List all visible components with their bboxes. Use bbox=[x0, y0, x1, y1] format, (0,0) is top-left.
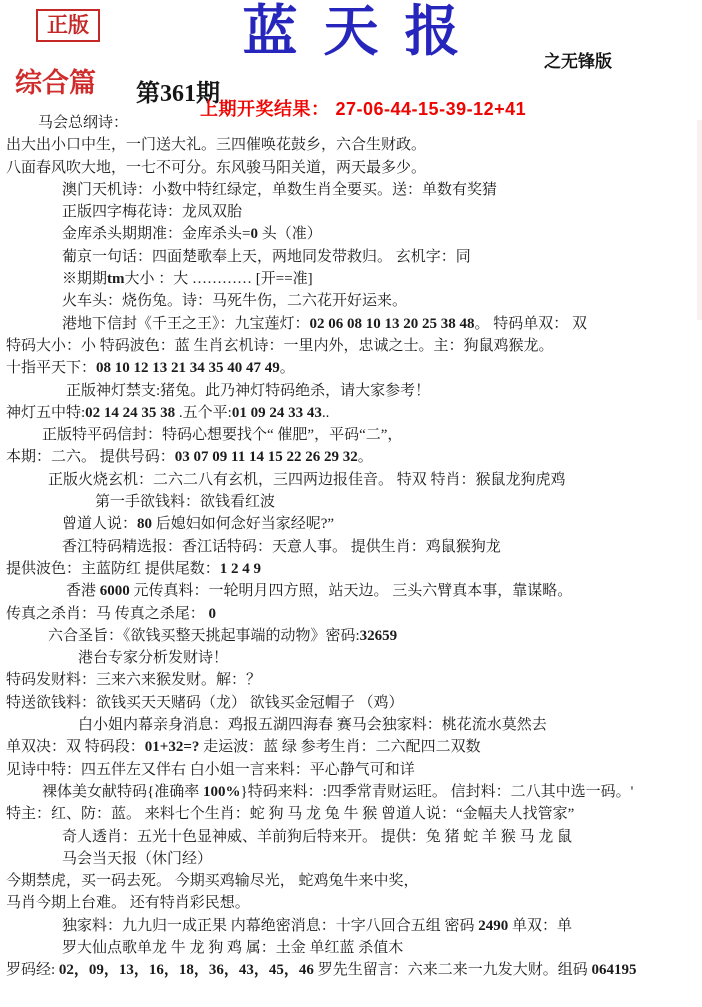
text-line: 特码大小：小 特码波色：蓝 生肖玄机诗：一里内外，忠诚之士。主：狗鼠鸡猴龙。 bbox=[0, 335, 702, 357]
text-segment: 特码发财料：三来六来猴发财。解：？ bbox=[6, 672, 261, 688]
text-line: 澳门天机诗：小数中特红绿定，单数生肖全要买。送：单数有奖猜 bbox=[0, 179, 702, 201]
text-line: 裸体美女献特码{准确率 100%}特码来料：:四季常青财运旺。 信封料：二八其中… bbox=[0, 781, 702, 803]
text-line: 单双决：双 特码段：01+32=? 走运波：蓝 绿 参考生肖：二六配四二双数 bbox=[0, 736, 702, 758]
text-segment: 本期：二六。 提供号码： bbox=[6, 449, 175, 465]
text-segment: 十指平天下： bbox=[6, 360, 96, 376]
text-segment: 提供波色：主蓝防红 提供尾数： bbox=[6, 561, 220, 577]
section-label: 综合篇 bbox=[15, 61, 96, 100]
text-segment: 香江特码精选报：香江话特码：天意人事。 提供生肖：鸡鼠猴狗龙 bbox=[62, 539, 501, 555]
body-text: 马会总纲诗：出大出小口中生，一门送大礼。三四催唤花鼓乡，六合生财政。八面春风吹大… bbox=[0, 112, 702, 982]
text-segment: 裸体美女献特码{准确率 bbox=[42, 784, 203, 800]
text-line: 奇人透肖：五光十色显神威、羊前狗后特来开。 提供：兔 猪 蛇 羊 猴 马 龙 鼠 bbox=[0, 826, 702, 848]
text-line: 第一手欲钱料：欲钱看红波 bbox=[0, 491, 702, 513]
number-segment: 02，09，13，16，18，36，43，45，46 bbox=[59, 962, 314, 978]
number-segment: tm bbox=[107, 271, 125, 287]
text-segment: 今期禁虎，买一码去死。 今期买鸡输尽光， 蛇鸡兔牛来中奖， bbox=[6, 873, 419, 889]
lottery-tip-sheet-page: 正版 蓝天报 之无锋版 综合篇 第361期 上期开奖结果：27-06-44-15… bbox=[0, 0, 702, 1007]
text-segment: 见诗中特：四五伴左又伴右 白小姐一言来料：平心静气可和详 bbox=[6, 762, 415, 778]
text-line: 金库杀头期期准：金库杀头=0 头（准） bbox=[0, 223, 702, 245]
number-segment: 80 bbox=[137, 516, 152, 532]
text-segment: 。 特码单双： 双 bbox=[475, 316, 588, 332]
text-segment: 走运波：蓝 绿 参考生肖：二六配四二双数 bbox=[199, 739, 480, 755]
number-segment: 6000 bbox=[100, 583, 130, 599]
text-segment: 独家料：九九归一成正果 内幕绝密消息：十字八回合五组 密码 bbox=[62, 918, 478, 934]
text-line: 罗大仙点歌单龙 牛 龙 狗 鸡 属：土金 单红蓝 杀值木 bbox=[0, 937, 702, 959]
text-segment: 元传真料：一轮明月四方照，站天边。 三头六臂真本事，靠谋略。 bbox=[130, 583, 573, 599]
text-line: 正版四字梅花诗：龙凤双胎 bbox=[0, 201, 702, 223]
number-segment: 02 14 24 35 38 bbox=[85, 405, 175, 421]
text-line: 独家料：九九归一成正果 内幕绝密消息：十字八回合五组 密码 2490 单双：单 bbox=[0, 915, 702, 937]
text-line: 提供波色：主蓝防红 提供尾数：1 2 4 9 bbox=[0, 558, 702, 580]
text-line: 曾道人说：80 后媳妇如何念好当家经呢?” bbox=[0, 513, 702, 535]
number-segment: 064195 bbox=[591, 962, 636, 978]
text-segment: 港地下信封《千王之王》：九宝莲灯： bbox=[62, 316, 310, 332]
number-segment: 32659 bbox=[360, 628, 398, 644]
text-line: 马肖今期上台难。 还有特肖彩民想。 bbox=[0, 892, 702, 914]
text-line: 本期：二六。 提供号码：03 07 09 11 14 15 22 26 29 3… bbox=[0, 446, 702, 468]
text-segment: 罗大仙点歌单龙 牛 龙 狗 鸡 属：土金 单红蓝 杀值木 bbox=[62, 940, 403, 956]
text-segment: 奇人透肖：五光十色显神威、羊前狗后特来开。 提供：兔 猪 蛇 羊 猴 马 龙 鼠 bbox=[62, 829, 572, 845]
text-segment: 香港 bbox=[66, 583, 100, 599]
text-segment: 特主：红、防：蓝。 来料七个生肖：蛇 狗 马 龙 兔 牛 猴 曾道人说：“金幅夫… bbox=[6, 806, 574, 822]
text-segment: }特码来料：:四季常青财运旺。 信封料：二八其中选一码。' bbox=[240, 784, 633, 800]
number-segment: 01+32=? bbox=[145, 739, 200, 755]
text-segment: 马会当天报（休门经） bbox=[62, 851, 212, 867]
text-segment: 正版神灯禁支:猪兔。此乃神灯特码绝杀，请大家参考！ bbox=[66, 383, 430, 399]
text-line: 十指平天下：08 10 12 13 21 34 35 40 47 49。 bbox=[0, 357, 702, 379]
text-line: 见诗中特：四五伴左又伴右 白小姐一言来料：平心静气可和详 bbox=[0, 759, 702, 781]
number-segment: 02 06 08 10 13 20 25 38 48 bbox=[310, 316, 475, 332]
text-line: ※期期tm大小 ：大 ………… [开==准] bbox=[0, 268, 702, 290]
text-segment: 大小 ：大 ………… [开==准] bbox=[125, 271, 313, 287]
number-segment: 03 07 09 11 14 15 22 26 29 32 bbox=[175, 449, 358, 465]
text-segment: 马会总纲诗： bbox=[38, 115, 128, 131]
text-line: 正版特平码信封：特码心想要找个“ 催肥”，平码“二”， bbox=[0, 424, 702, 446]
text-line: 特码发财料：三来六来猴发财。解：？ bbox=[0, 669, 702, 691]
text-segment: 港台专家分析发财诗！ bbox=[78, 650, 228, 666]
text-segment: 马肖今期上台难。 还有特肖彩民想。 bbox=[6, 895, 250, 911]
edition-subtitle: 之无锋版 bbox=[544, 47, 612, 72]
text-segment: 正版特平码信封：特码心想要找个“ 催肥”，平码“二”， bbox=[42, 427, 402, 443]
number-segment: 1 2 4 9 bbox=[220, 561, 261, 577]
text-segment: 单双：单 bbox=[508, 918, 572, 934]
text-segment: 。 bbox=[280, 360, 295, 376]
text-segment: 白小姐内幕亲身消息：鸡报五湖四海春 赛马会独家料：桃花流水莫然去 bbox=[78, 717, 547, 733]
text-line: 今期禁虎，买一码去死。 今期买鸡输尽光， 蛇鸡兔牛来中奖， bbox=[0, 870, 702, 892]
text-segment: 特送欲钱料：欲钱买天天赌码（龙） 欲钱买金冠帽子 （鸡） bbox=[6, 695, 404, 711]
number-segment: 01 09 24 33 43 bbox=[232, 405, 322, 421]
text-segment: 。 bbox=[358, 449, 373, 465]
text-segment: .五个平: bbox=[175, 405, 232, 421]
text-segment: 正版火烧玄机：二六二八有玄机，三四两边报佳音。 特双 特肖：猴鼠龙狗虎鸡 bbox=[48, 472, 566, 488]
text-line: 香江特码精选报：香江话特码：天意人事。 提供生肖：鸡鼠猴狗龙 bbox=[0, 536, 702, 558]
text-segment: 火车头：烧伤兔。诗：马死牛伤，二六花开好运来。 bbox=[62, 293, 407, 309]
text-segment: 八面春风吹大地，一七不可分。东风骏马阳关道，两天最多少。 bbox=[6, 160, 426, 176]
text-line: 白小姐内幕亲身消息：鸡报五湖四海春 赛马会独家料：桃花流水莫然去 bbox=[0, 714, 702, 736]
text-segment: .. bbox=[322, 405, 330, 421]
text-segment: 第一手欲钱料：欲钱看红波 bbox=[95, 494, 275, 510]
text-segment: 传真之杀肖：马 传真之杀尾： bbox=[6, 606, 209, 622]
text-line: 马会总纲诗： bbox=[0, 112, 702, 134]
text-segment: 出大出小口中生，一门送大礼。三四催唤花鼓乡，六合生财政。 bbox=[6, 137, 426, 153]
text-segment: 六合圣旨：《欲钱买整天挑起事端的动物》密码: bbox=[48, 628, 360, 644]
text-segment: 单双决：双 特码段： bbox=[6, 739, 145, 755]
text-line: 罗码经: 02，09，13，16，18，36，43，45，46 罗先生留言：六来… bbox=[0, 959, 702, 981]
text-line: 葡京一句话：四面楚歌奉上天，两地同发带救归。 玄机字：同 bbox=[0, 246, 702, 268]
text-segment: 罗先生留言：六来二来一九发大财。组码 bbox=[314, 962, 592, 978]
text-segment: 澳门天机诗：小数中特红绿定，单数生肖全要买。送：单数有奖猜 bbox=[62, 182, 497, 198]
text-line: 六合圣旨：《欲钱买整天挑起事端的动物》密码:32659 bbox=[0, 625, 702, 647]
text-segment: 神灯五中特: bbox=[6, 405, 85, 421]
text-segment: 后媳妇如何念好当家经呢?” bbox=[152, 516, 334, 532]
text-line: 港台专家分析发财诗！ bbox=[0, 647, 702, 669]
text-line: 香港 6000 元传真料：一轮明月四方照，站天边。 三头六臂真本事，靠谋略。 bbox=[0, 580, 702, 602]
scan-artifact bbox=[697, 120, 702, 320]
text-line: 港地下信封《千王之王》：九宝莲灯：02 06 08 10 13 20 25 38… bbox=[0, 313, 702, 335]
text-segment: 葡京一句话：四面楚歌奉上天，两地同发带救归。 玄机字：同 bbox=[62, 249, 471, 265]
text-line: 火车头：烧伤兔。诗：马死牛伤，二六花开好运来。 bbox=[0, 290, 702, 312]
text-line: 马会当天报（休门经） bbox=[0, 848, 702, 870]
text-segment: 罗码经: bbox=[6, 962, 59, 978]
text-line: 正版火烧玄机：二六二八有玄机，三四两边报佳音。 特双 特肖：猴鼠龙狗虎鸡 bbox=[0, 469, 702, 491]
text-line: 神灯五中特:02 14 24 35 38 .五个平:01 09 24 33 43… bbox=[0, 402, 702, 424]
text-segment: 头（准） bbox=[258, 226, 322, 242]
text-line: 特送欲钱料：欲钱买天天赌码（龙） 欲钱买金冠帽子 （鸡） bbox=[0, 692, 702, 714]
number-segment: 2490 bbox=[478, 918, 508, 934]
text-line: 出大出小口中生，一门送大礼。三四催唤花鼓乡，六合生财政。 bbox=[0, 134, 702, 156]
number-segment: 08 10 12 13 21 34 35 40 47 49 bbox=[96, 360, 280, 376]
text-line: 传真之杀肖：马 传真之杀尾： 0 bbox=[0, 603, 702, 625]
number-segment: 100% bbox=[203, 784, 241, 800]
text-line: 特主：红、防：蓝。 来料七个生肖：蛇 狗 马 龙 兔 牛 猴 曾道人说：“金幅夫… bbox=[0, 803, 702, 825]
text-line: 正版神灯禁支:猪兔。此乃神灯特码绝杀，请大家参考！ bbox=[0, 380, 702, 402]
text-segment: 金库杀头期期准：金库杀头= bbox=[62, 226, 250, 242]
text-line: 八面春风吹大地，一七不可分。东风骏马阳关道，两天最多少。 bbox=[0, 157, 702, 179]
text-segment: 正版四字梅花诗：龙凤双胎 bbox=[62, 204, 242, 220]
text-segment: 曾道人说： bbox=[62, 516, 137, 532]
number-segment: 0 bbox=[250, 226, 258, 242]
number-segment: 0 bbox=[209, 606, 217, 622]
text-segment: ※期期 bbox=[62, 271, 107, 287]
text-segment: 特码大小：小 特码波色：蓝 生肖玄机诗：一里内外，忠诚之士。主：狗鼠鸡猴龙。 bbox=[6, 338, 554, 354]
